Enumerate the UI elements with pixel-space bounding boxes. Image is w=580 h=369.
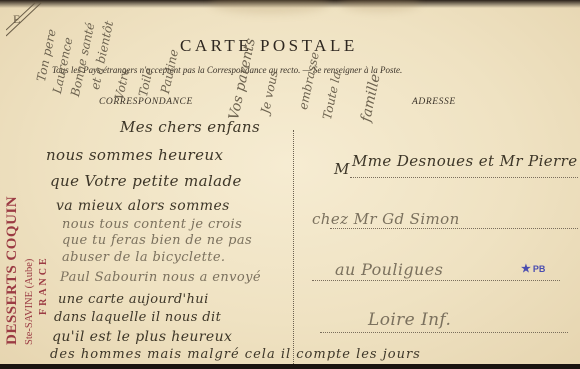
address-line-1 [350,177,578,178]
corner-mark: E [6,2,46,42]
address-line-text: Loire Inf. [368,310,451,330]
advertisement-vertical: DESSERTS COQUIN Ste-SAVINE (Aube) FRANCE [4,196,21,345]
corner-lines-icon [6,2,46,42]
message-line: qu'il est le plus heureux [52,329,232,345]
card-title: CARTE POSTALE [180,36,358,56]
margin-note: embrasse [296,51,322,111]
message-line: Paul Sabourin nous a envoyé [60,270,261,285]
message-line: une carte aujourd'hui [58,292,209,307]
message-line: des hommes mais malgré cela il compte le… [50,347,421,362]
message-line: nous sommes heureux [46,146,223,164]
address-prefix: M [334,160,350,178]
margin-note: Toute la [320,70,344,121]
address-line-3 [312,280,560,281]
paper-stain [210,0,330,14]
stamp-mark: ★PB [521,262,545,275]
corner-letter: E [13,12,20,27]
address-label: ADRESSE [412,97,456,107]
bottom-edge [0,364,580,369]
message-line: va mieux alors sommes [56,198,230,214]
message-line: nous tous content je crois [62,217,242,232]
address-line-text: chez Mr Gd Simon [312,210,460,228]
message-line: dans laquelle il nous dit [54,310,221,325]
address-line-4 [320,332,568,333]
address-line-text: au Pouligues [335,260,443,279]
vertical-divider [293,130,294,366]
correspondence-label: CORRESPONDANCE [99,97,193,107]
ad-location: Ste-SAVINE (Aube) [24,259,35,345]
postcard: E CARTE POSTALE Tous les Pays étrangers … [0,0,580,366]
margin-note: famille [358,73,384,124]
ad-brand: DESSERTS COQUIN [4,196,21,345]
star-icon: ★ [521,263,531,275]
paper-stain [340,0,420,12]
ad-country: FRANCE [38,255,49,315]
address-line-text: Mme Desnoues et Mr Pierre [352,152,577,170]
address-line-2 [330,228,578,229]
margin-note: Je vous [258,69,281,115]
stamp-initials: PB [533,264,546,274]
message-line: que tu feras bien de ne pas [62,233,252,248]
message-line: abuser de la bicyclette. [62,250,225,265]
message-line: que Votre petite malade [50,172,242,190]
